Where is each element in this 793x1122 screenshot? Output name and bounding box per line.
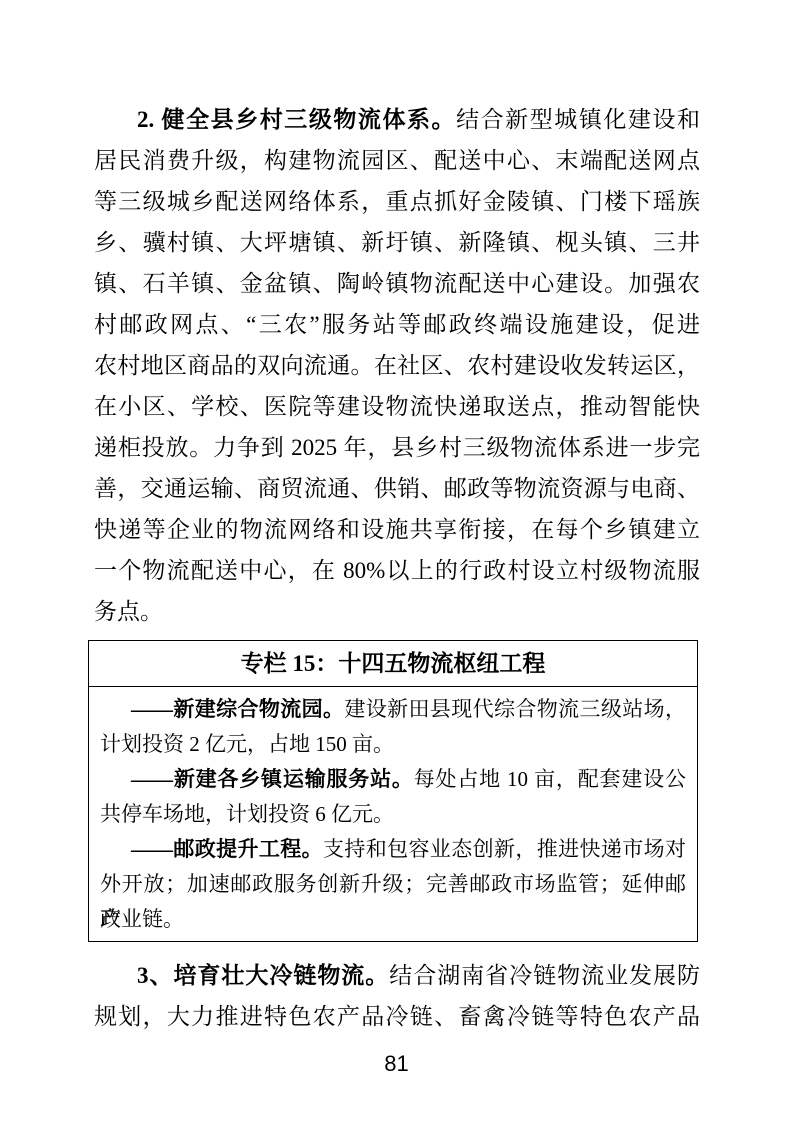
section-heading: 3、培育壮大冷链物流。 [137, 963, 389, 988]
text-line: 快递等企业的物流网络和设施共享衔接，在每个乡镇建立 [94, 509, 700, 550]
callout-item-line: 共停车场地，计划投资 6 亿元。 [100, 797, 686, 832]
text-line: 农村地区商品的双向流通。在社区、农村建设收发转运区， [94, 345, 700, 386]
callout-item-line: ——新建各乡镇运输服务站。每处占地 10 亩，配套建设公 [100, 762, 686, 797]
callout-item-line: 计划投资 2 亿元，占地 150 亩。 [100, 727, 686, 762]
text-run: 建设新田县现代综合物流三级站场， [344, 697, 686, 721]
callout-item-heading: ——新建综合物流园。 [131, 697, 344, 721]
callout-item-line: ——新建综合物流园。建设新田县现代综合物流三级站场， [100, 692, 686, 727]
callout-item-line: 外开放；加速邮政服务创新升级；完善邮政市场监管；延伸邮政 [100, 867, 686, 902]
text-run: 支持和包容业态创新，推进快递市场对 [323, 837, 686, 861]
text-line: 镇、石羊镇、金盆镇、陶岭镇物流配送中心建设。加强农 [94, 263, 700, 304]
text-line: 等三级城乡配送网络体系，重点抓好金陵镇、门楼下瑶族 [94, 181, 700, 222]
callout-item-line: ——邮政提升工程。支持和包容业态创新，推进快递市场对 [100, 832, 686, 867]
callout-item-line: 产业链。 [100, 902, 686, 937]
text-line: 村邮政网点、“三农”服务站等邮政终端设施建设，促进 [94, 304, 700, 345]
text-line: 一个物流配送中心，在 80%以上的行政村设立村级物流服 [94, 550, 700, 591]
text-run: 结合新型城镇化建设和 [456, 107, 700, 132]
text-line: 3、培育壮大冷链物流。结合湖南省冷链物流业发展防 [94, 955, 700, 996]
callout-box: 专栏 15：十四五物流枢纽工程 ——新建综合物流园。建设新田县现代综合物流三级站… [88, 640, 698, 942]
text-line: 递柜投放。力争到 2025 年，县乡村三级物流体系进一步完 [94, 427, 700, 468]
text-run: 每处占地 10 亩，配套建设公 [414, 767, 686, 791]
section-heading: 2. 健全县乡村三级物流体系。 [137, 107, 456, 132]
text-run: 结合湖南省冷链物流业发展防 [389, 963, 700, 988]
document-page: 2. 健全县乡村三级物流体系。结合新型城镇化建设和 居民消费升级，构建物流园区、… [0, 0, 793, 1122]
text-line: 规划，大力推进特色农产品冷链、畜禽冷链等特色农产品 [94, 996, 700, 1037]
paragraph-cold-chain: 3、培育壮大冷链物流。结合湖南省冷链物流业发展防 规划，大力推进特色农产品冷链、… [94, 955, 700, 1037]
text-line: 乡、骥村镇、大坪塘镇、新圩镇、新隆镇、枧头镇、三井 [94, 222, 700, 263]
callout-item-heading: ——新建各乡镇运输服务站。 [131, 767, 414, 791]
page-number: 81 [0, 1050, 793, 1078]
text-line: 在小区、学校、医院等建设物流快递取送点，推动智能快 [94, 386, 700, 427]
callout-box-title: 专栏 15：十四五物流枢纽工程 [89, 641, 697, 687]
paragraph-logistics-system: 2. 健全县乡村三级物流体系。结合新型城镇化建设和 居民消费升级，构建物流园区、… [94, 99, 700, 632]
callout-item-heading: ——邮政提升工程。 [131, 837, 323, 861]
callout-box-body: ——新建综合物流园。建设新田县现代综合物流三级站场， 计划投资 2 亿元，占地 … [89, 687, 697, 941]
text-line: 务点。 [94, 591, 700, 632]
text-line: 居民消费升级，构建物流园区、配送中心、末端配送网点 [94, 140, 700, 181]
text-line: 善，交通运输、商贸流通、供销、邮政等物流资源与电商、 [94, 468, 700, 509]
text-line: 2. 健全县乡村三级物流体系。结合新型城镇化建设和 [94, 99, 700, 140]
